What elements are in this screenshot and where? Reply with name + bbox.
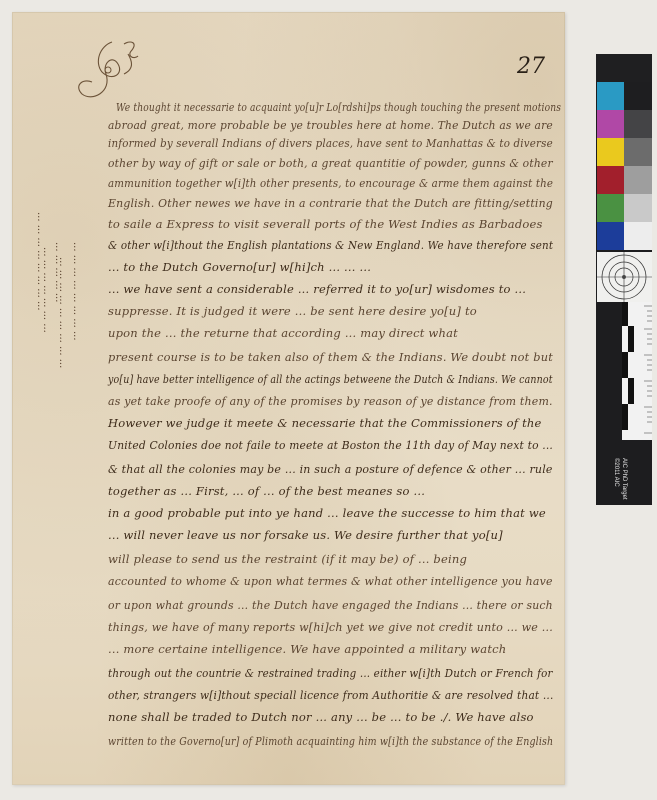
body-line: & that all the colonies may be ... in su… [108,462,553,476]
swatch-red [597,166,625,194]
body-line: ... we have sent a considerable ... refe… [108,282,526,296]
target-label: AIC PhD Target ©2011 AIC [612,458,628,500]
body-line: other, strangers w[i]thout speciall lice… [108,688,554,702]
target-label-line1: AIC PhD Target [620,458,628,500]
body-line: However we judge it meete & necessarie t… [108,416,542,430]
body-line: to saile a Express to visit severall por… [108,217,543,231]
body-line: suppresse. It is judged it were ... be s… [108,304,477,318]
body-line: & other w[i]thout the English plantation… [108,238,553,252]
body-line: in a good probable put into ye hand ... … [108,506,546,520]
body-line: present course is to be taken also of th… [108,350,553,364]
swatch-blue [597,222,625,250]
body-line: will please to send us the restraint (if… [108,552,467,566]
swatch-gray-1 [624,82,652,110]
body-line: other by way of gift or sale or both, a … [108,156,553,170]
scale-ruler [622,302,652,440]
body-line: ammunition together w[i]th other present… [108,176,553,190]
body-line: accounted to whome & upon what termes & … [108,574,553,588]
body-line: We thought it necessarie to acquaint yo[… [116,100,561,114]
swatch-gray-2 [624,110,652,138]
swatch-cyan [597,82,625,110]
body-line: things, we have of many reports w[hi]ch … [108,620,553,634]
margin-note: ... ... ... ... ... ... ... [41,247,52,333]
body-line: through out the countrie & restrained tr… [108,666,553,680]
swatch-gray-5 [624,194,652,222]
swatch-gray-4 [624,166,652,194]
body-line: ... will never leave us nor forsake us. … [108,528,503,542]
body-line: written to the Governo[ur] of Plimoth ac… [108,734,553,748]
body-line: ... more certaine intelligence. We have … [108,642,506,656]
body-line: as yet take proofe of any of the promise… [108,394,553,408]
swatch-black [596,54,652,82]
target-label-line2: ©2011 AIC [612,458,620,500]
body-line: none shall be traded to Dutch nor ... an… [108,710,534,724]
bullseye-target-icon [597,252,652,302]
body-line: informed by severall Indians of divers p… [108,136,553,150]
margin-note: ... ... ... ... ... ... ... ... ... [57,257,68,368]
body-line: United Colonies doe not faile to meete a… [108,438,553,452]
body-line: yo[u] have better intelligence of all th… [108,372,553,386]
swatch-white [624,222,652,250]
swatch-magenta [597,110,625,138]
body-line: together as ... First, ... of ... of the… [108,484,425,498]
body-line: upon the ... the returne that according … [108,326,458,340]
manuscript-page: 27 We thought it necessarie to acquaint … [12,12,565,785]
body-line: ... to the Dutch Governo[ur] w[hi]ch ...… [108,260,371,274]
body-line: abroad great, more probable be ye troubl… [108,118,553,132]
body-line: or upon what grounds ... the Dutch have … [108,598,553,612]
swatch-gray-3 [624,138,652,166]
swatch-yellow [597,138,625,166]
body-line: English. Other newes we have in a contra… [108,196,553,210]
margin-note: ... ... ... ... ... ... ... ... [71,242,82,341]
swatch-green [597,194,625,222]
letter-body: We thought it necessarie to acquaint yo[… [12,12,565,785]
